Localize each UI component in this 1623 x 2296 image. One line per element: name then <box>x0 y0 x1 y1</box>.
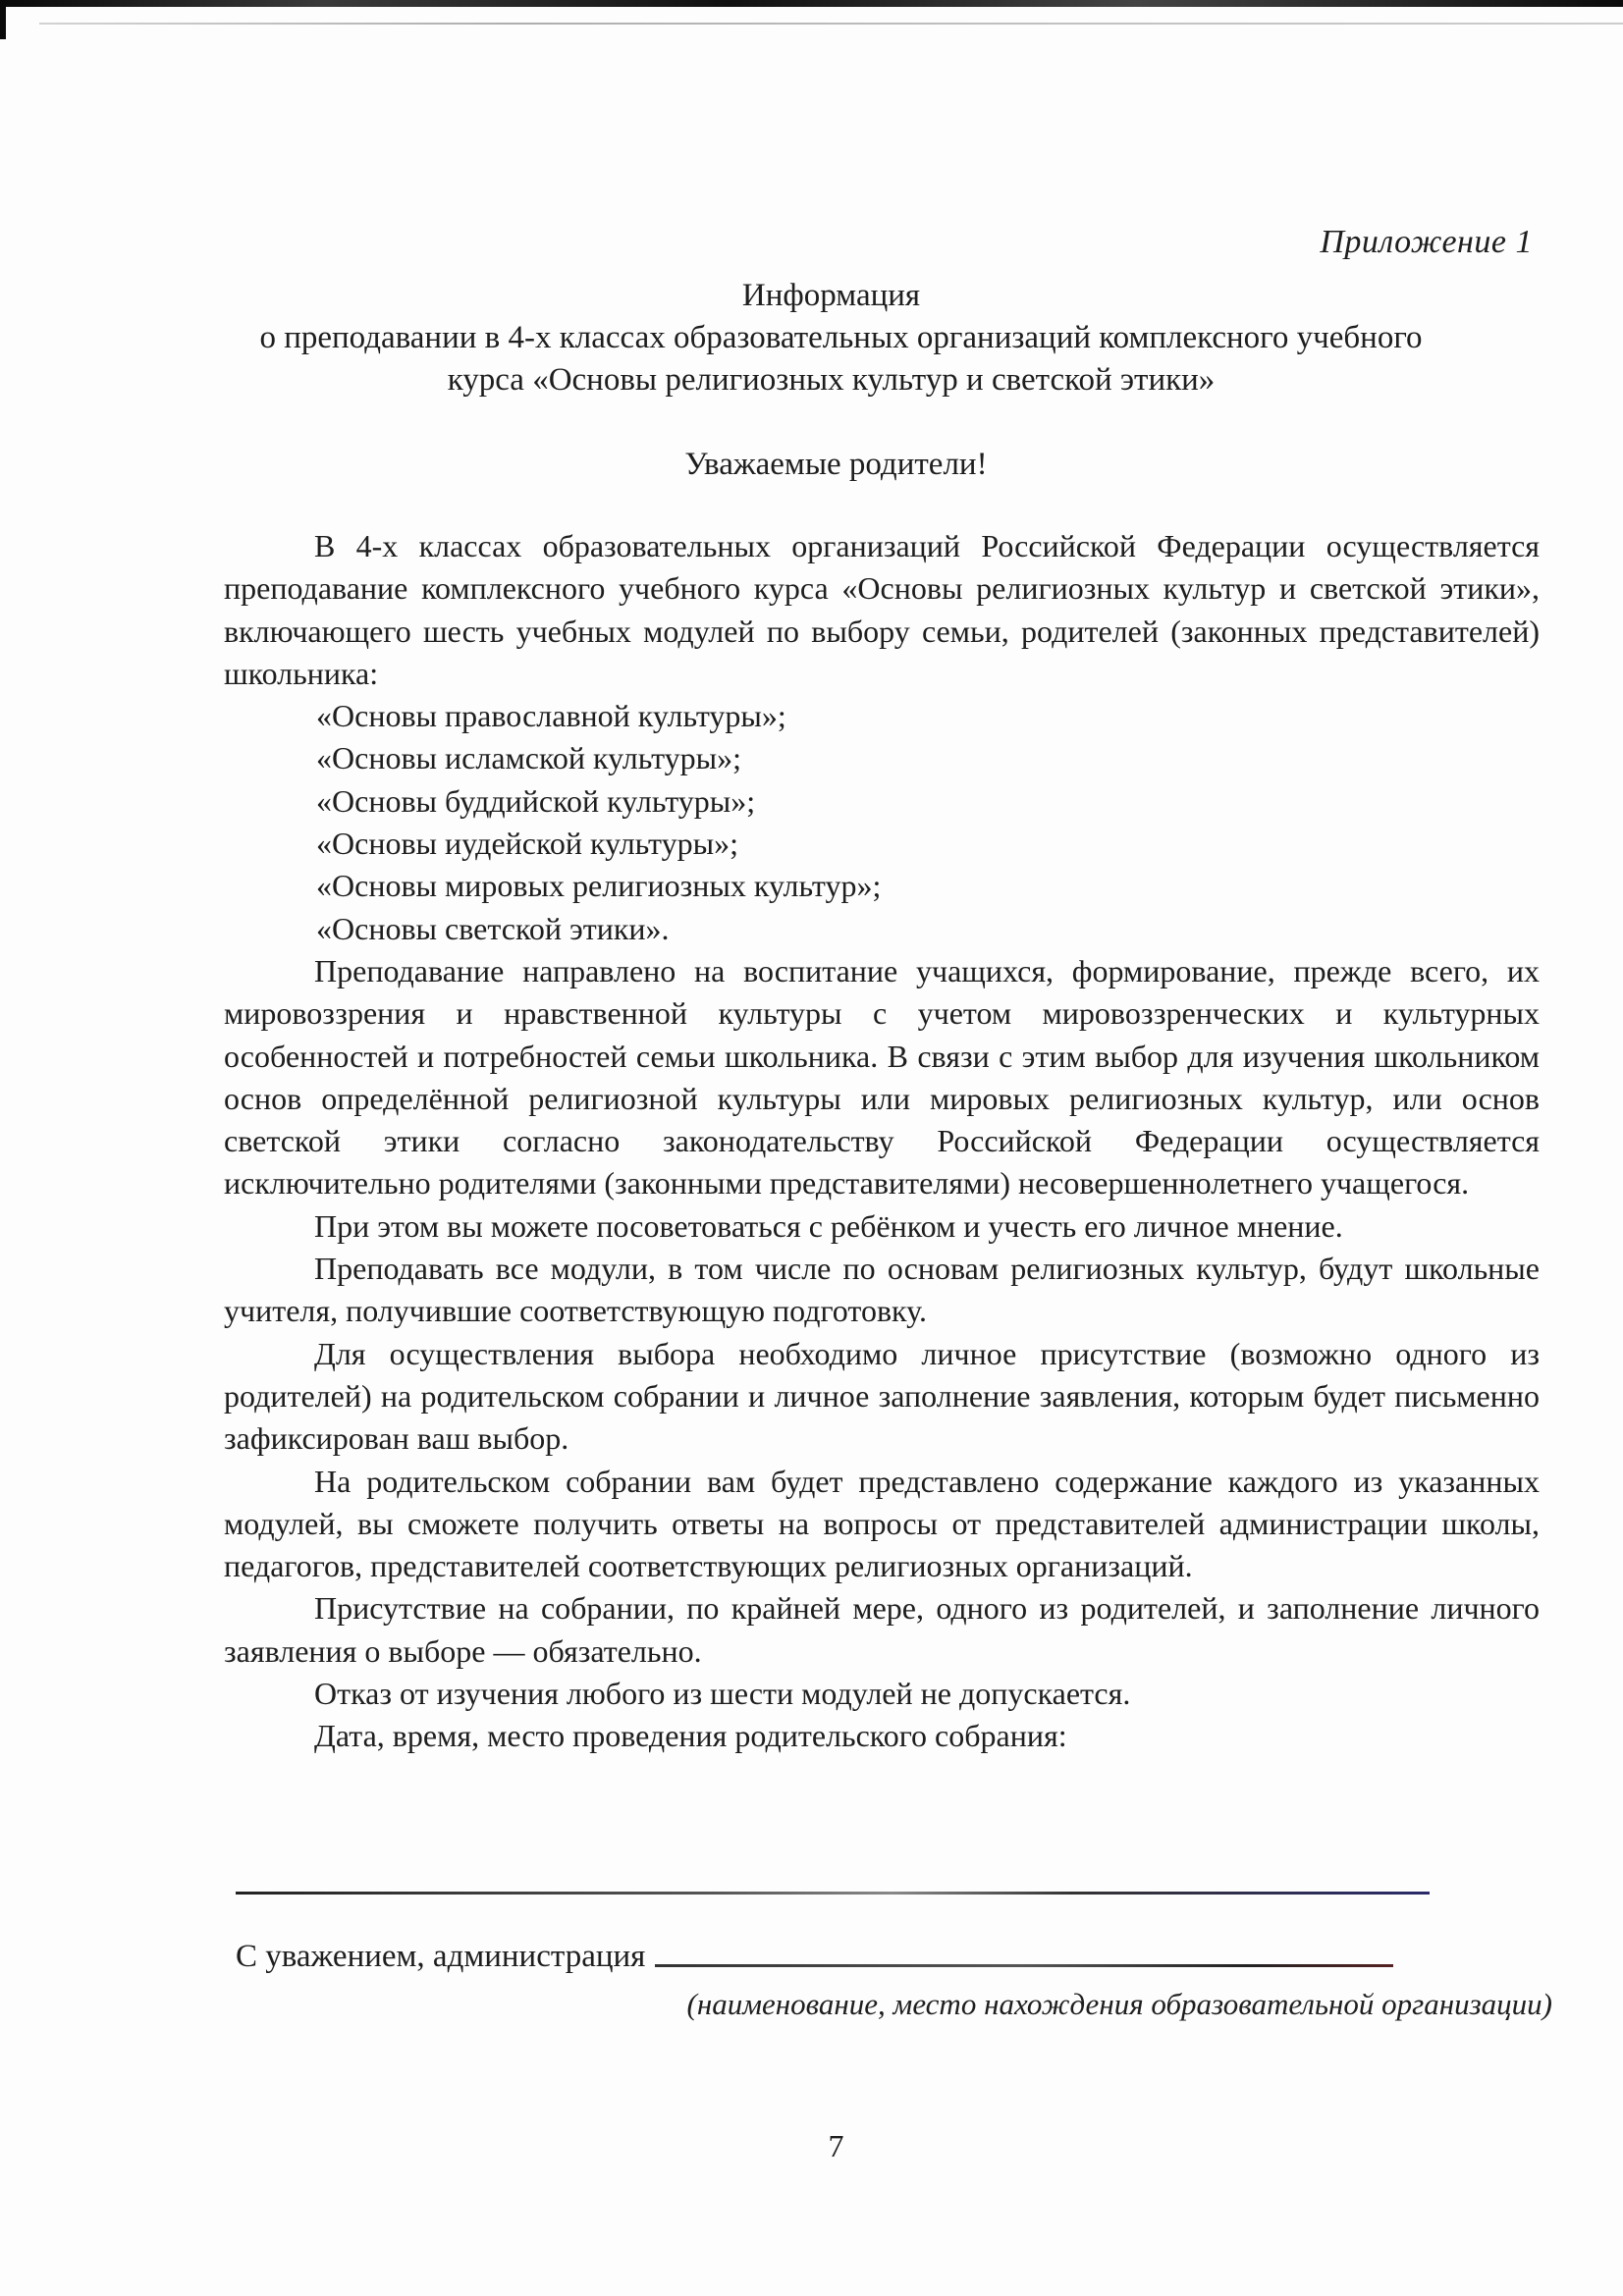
signoff: С уважением, администрация <box>236 1939 1393 1975</box>
paragraph-meeting-details: Дата, время, место проведения родительск… <box>224 1715 1540 1757</box>
title-line-1: Информация <box>0 275 1623 317</box>
paragraph-presence: Для осуществления выбора необходимо личн… <box>224 1333 1540 1461</box>
paragraph-meeting-content: На родительском собрании вам будет предс… <box>224 1461 1540 1588</box>
organization-blank-line <box>655 1964 1393 1967</box>
scan-top-edge <box>0 0 1623 7</box>
paragraph-no-refusal: Отказ от изучения любого из шести модуле… <box>224 1673 1540 1715</box>
scan-left-edge <box>0 0 6 39</box>
meeting-details-blank-line <box>236 1892 1430 1895</box>
title-line-2: о преподавании в 4-х классах образовател… <box>0 317 1623 359</box>
paragraph-consult-child: При этом вы можете посоветоваться с ребё… <box>224 1205 1540 1248</box>
module-item: «Основы буддийской культуры»; <box>224 780 1540 823</box>
paragraph-teachers: Преподавать все модули, в том числе по о… <box>224 1248 1540 1333</box>
document-title: Информация о преподавании в 4-х классах … <box>0 275 1623 401</box>
module-item: «Основы мировых религиозных культур»; <box>224 865 1540 907</box>
module-item: «Основы православной культуры»; <box>224 695 1540 737</box>
document-body: В 4-х классах образовательных организаци… <box>224 525 1540 1758</box>
modules-list: «Основы православной культуры»; «Основы … <box>224 695 1540 950</box>
module-item: «Основы иудейской культуры»; <box>224 823 1540 865</box>
module-item: «Основы исламской культуры»; <box>224 737 1540 779</box>
signoff-text: С уважением, администрация <box>236 1939 645 1975</box>
module-item: «Основы светской этики». <box>224 908 1540 950</box>
organization-caption: (наименование, место нахождения образова… <box>687 1987 1552 2022</box>
greeting: Уважаемые родители! <box>0 447 1623 483</box>
page-number: 7 <box>0 2128 1623 2164</box>
scan-artifact-rule <box>39 23 1623 25</box>
paragraph-purpose: Преподавание направлено на воспитание уч… <box>224 950 1540 1205</box>
paragraph-mandatory: Присутствие на собрании, по крайней мере… <box>224 1587 1540 1673</box>
paragraph-intro: В 4-х классах образовательных организаци… <box>224 525 1540 695</box>
title-line-3: курса «Основы религиозных культур и свет… <box>0 359 1623 401</box>
appendix-label: Приложение 1 <box>1320 224 1533 261</box>
